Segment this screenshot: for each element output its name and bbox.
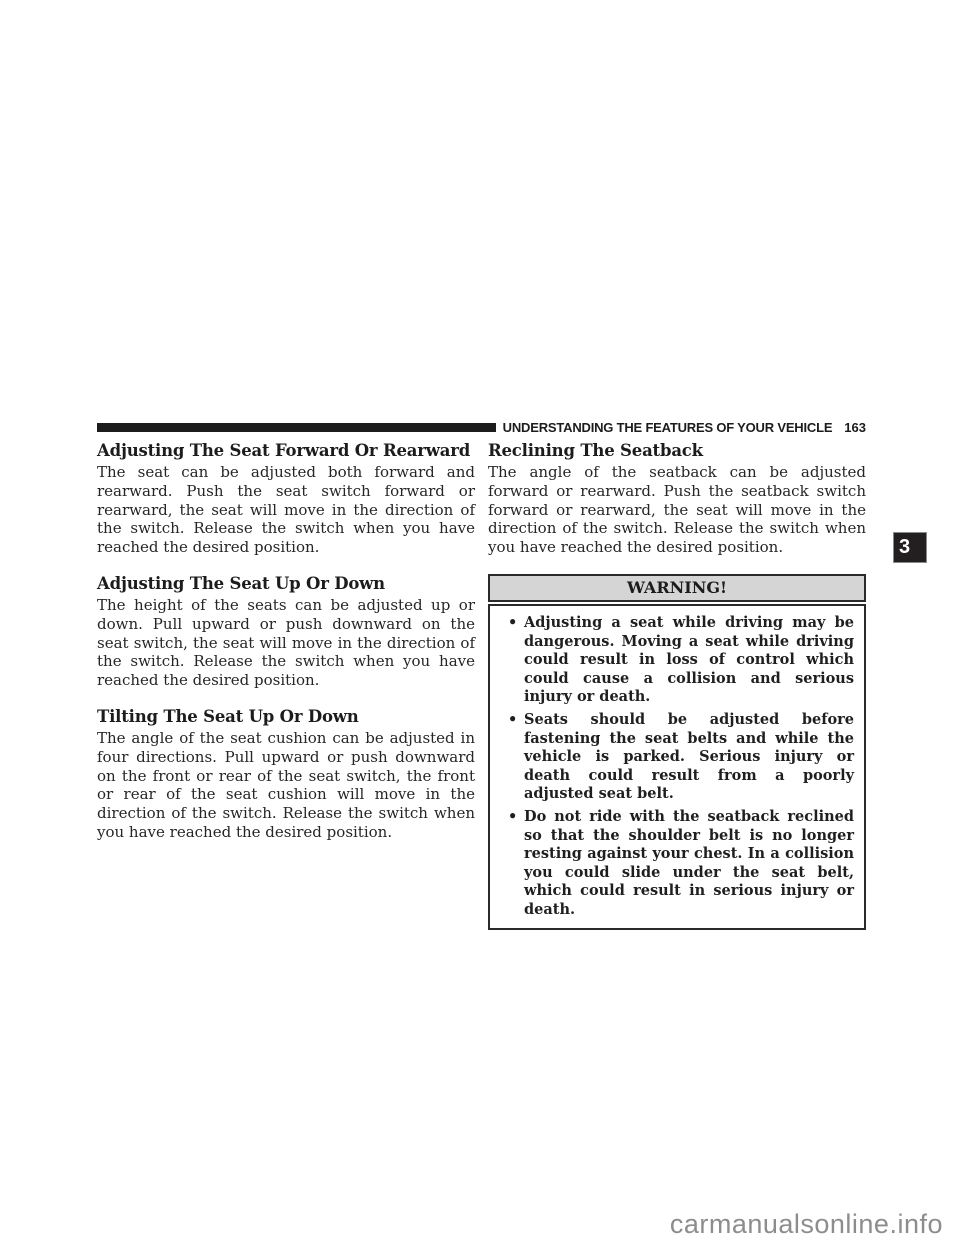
section-body-reclining-seatback: The angle of the seatback can be adjuste… bbox=[488, 463, 866, 557]
content-columns: Adjusting The Seat Forward Or Rearward T… bbox=[97, 441, 866, 930]
section-body-seat-up-down: The height of the seats can be adjusted … bbox=[97, 596, 475, 690]
warning-box: WARNING! Adjusting a seat while driving … bbox=[488, 574, 866, 931]
header-rule-bar bbox=[97, 423, 496, 432]
warning-bullet: Adjusting a seat while driving may be da… bbox=[524, 614, 854, 707]
section-body-tilting-seat: The angle of the seat cushion can be adj… bbox=[97, 729, 475, 842]
warning-bullet: Seats should be adjusted before fastenin… bbox=[524, 711, 854, 804]
page-header: UNDERSTANDING THE FEATURES OF YOUR VEHIC… bbox=[97, 420, 866, 435]
section-heading-seat-forward-rearward: Adjusting The Seat Forward Or Rearward bbox=[97, 441, 475, 460]
warning-bullet: Do not ride with the seatback reclined s… bbox=[524, 808, 854, 920]
warning-title: WARNING! bbox=[488, 574, 866, 602]
warning-body: Adjusting a seat while driving may be da… bbox=[488, 604, 866, 931]
section-heading-tilting-seat: Tilting The Seat Up Or Down bbox=[97, 707, 475, 726]
chapter-tab: 3 bbox=[893, 532, 927, 563]
manual-page: UNDERSTANDING THE FEATURES OF YOUR VEHIC… bbox=[0, 0, 960, 1242]
right-column: Reclining The Seatback The angle of the … bbox=[488, 441, 866, 930]
page-number: 163 bbox=[844, 420, 866, 435]
left-column: Adjusting The Seat Forward Or Rearward T… bbox=[97, 441, 475, 930]
section-body-seat-forward-rearward: The seat can be adjusted both forward an… bbox=[97, 463, 475, 557]
running-title: UNDERSTANDING THE FEATURES OF YOUR VEHIC… bbox=[496, 420, 832, 435]
section-heading-seat-up-down: Adjusting The Seat Up Or Down bbox=[97, 574, 475, 593]
warning-list: Adjusting a seat while driving may be da… bbox=[498, 614, 854, 920]
watermark-text: carmanualsonline.info bbox=[670, 1209, 943, 1240]
section-heading-reclining-seatback: Reclining The Seatback bbox=[488, 441, 866, 460]
